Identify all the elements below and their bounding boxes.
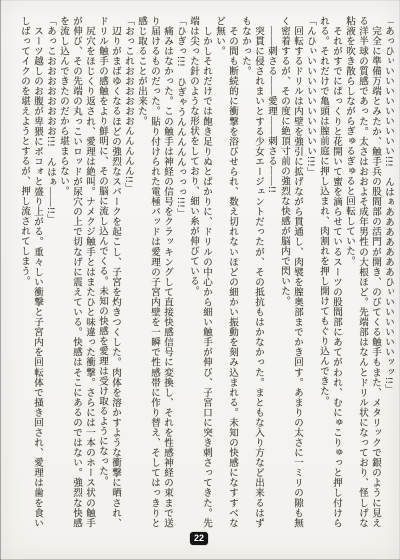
scanned-page: 「あっひぃいいいいいいいいい!!! んはぁあああああああひぃいいいいいいッッ!!…: [0, 0, 400, 560]
page-number-badge: 22: [190, 532, 208, 545]
novel-body-text: 「あっひぃいいいいいいいいい!!! んはぁあああああああひぃいいいいいいッッ!!…: [22, 16, 394, 528]
